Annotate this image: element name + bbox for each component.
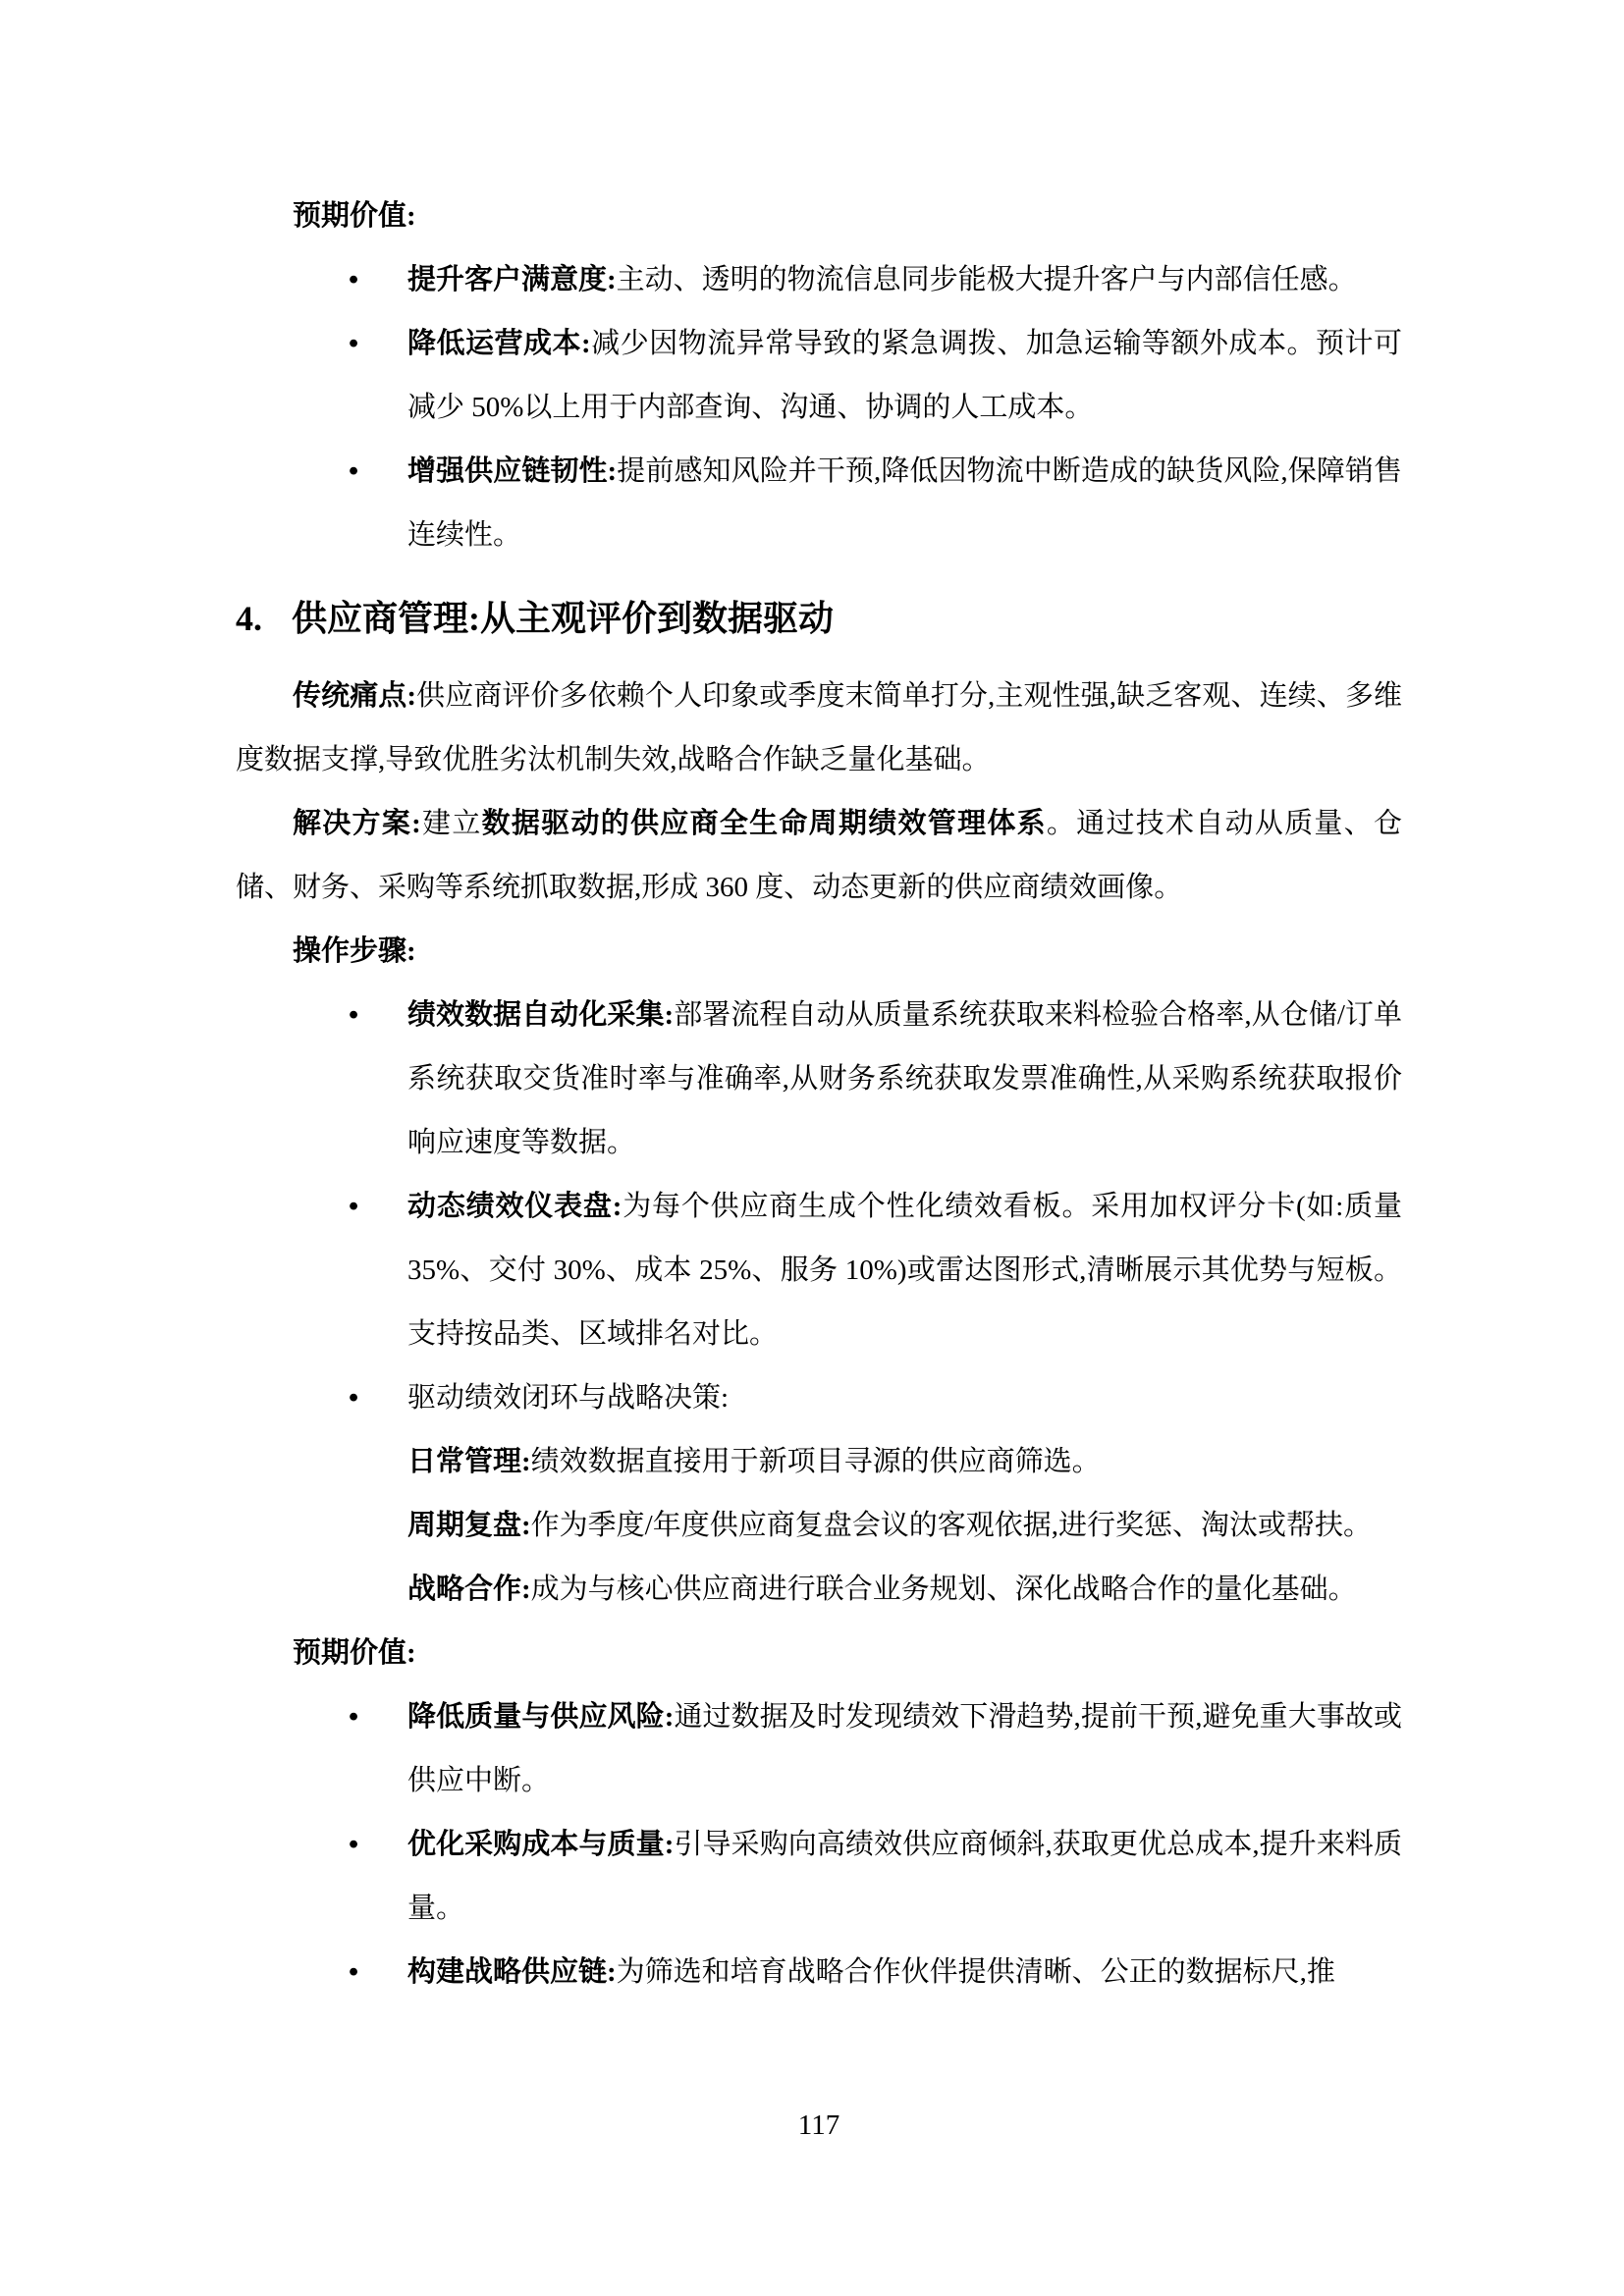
bullet-term: 构建战略供应链: xyxy=(407,1956,617,1988)
list-item-optimize-procurement: • 优化采购成本与质量:引导采购向高绩效供应商倾斜,获取更优总成本,提升来料质量… xyxy=(236,1813,1402,1941)
sub-item-text: 绩效数据直接用于新项目寻源的供应商筛选。 xyxy=(531,1446,1101,1477)
list-item-strategic-supply-chain: • 构建战略供应链:为筛选和培育战略合作伙伴提供清晰、公正的数据标尺,推 xyxy=(236,1941,1402,2004)
solution-lead: 建立 xyxy=(421,808,482,839)
sub-item-term: 日常管理: xyxy=(407,1446,531,1477)
steps-label: 操作步骤: xyxy=(236,920,1402,984)
page-content: 预期价值: • 提升客户满意度:主动、透明的物流信息同步能极大提升客户与内部信任… xyxy=(236,185,1402,2004)
bullet-text: 主动、透明的物流信息同步能极大提升客户与内部信任感。 xyxy=(617,264,1357,295)
list-item-reduce-quality-risk: • 降低质量与供应风险:通过数据及时发现绩效下滑趋势,提前干预,避免重大事故或供… xyxy=(236,1685,1402,1813)
bullet-term: 增强供应链韧性: xyxy=(407,455,617,487)
bullet-term: 动态绩效仪表盘: xyxy=(407,1191,622,1222)
list-item-supply-chain-resilience: • 增强供应链韧性:提前感知风险并干预,降低因物流中断造成的缺货风险,保障销售连… xyxy=(236,440,1402,567)
bullet-icon: • xyxy=(349,248,358,312)
bullet-term: 优化采购成本与质量: xyxy=(407,1829,674,1860)
bullet-icon: • xyxy=(349,984,358,1047)
bullet-term: 降低质量与供应风险: xyxy=(407,1701,674,1733)
bullet-text: 驱动绩效闭环与战略决策: xyxy=(407,1382,729,1414)
document-page: 预期价值: • 提升客户满意度:主动、透明的物流信息同步能极大提升客户与内部信任… xyxy=(0,0,1624,2296)
sub-item-strategic-cooperation: 战略合作:成为与核心供应商进行联合业务规划、深化战略合作的量化基础。 xyxy=(236,1558,1402,1622)
bullet-icon: • xyxy=(349,1685,358,1749)
bullet-icon: • xyxy=(349,440,358,504)
bullet-term: 绩效数据自动化采集: xyxy=(407,999,674,1031)
list-item-dynamic-dashboard: • 动态绩效仪表盘:为每个供应商生成个性化绩效看板。采用加权评分卡(如:质量 3… xyxy=(236,1175,1402,1366)
list-item-performance-loop: • 驱动绩效闭环与战略决策: xyxy=(236,1366,1402,1430)
list-item-auto-data-collection: • 绩效数据自动化采集:部署流程自动从质量系统获取来料检验合格率,从仓储/订单系… xyxy=(236,984,1402,1175)
solution-paragraph: 解决方案:建立数据驱动的供应商全生命周期绩效管理体系。通过技术自动从质量、仓储、… xyxy=(236,792,1402,920)
page-number: 117 xyxy=(236,2109,1402,2142)
sub-item-term: 周期复盘: xyxy=(407,1510,531,1541)
sub-item-term: 战略合作: xyxy=(407,1574,531,1605)
bullet-text: 为筛选和培育战略合作伙伴提供清晰、公正的数据标尺,推 xyxy=(617,1956,1335,1988)
bullet-icon: • xyxy=(349,312,358,376)
bullet-icon: • xyxy=(349,1366,358,1430)
bullet-icon: • xyxy=(349,1813,358,1877)
bullet-icon: • xyxy=(349,1941,358,2004)
section-title: 供应商管理:从主观评价到数据驱动 xyxy=(292,599,834,638)
sub-item-daily-management: 日常管理:绩效数据直接用于新项目寻源的供应商筛选。 xyxy=(236,1430,1402,1494)
bullet-icon: • xyxy=(349,1175,358,1239)
list-item-customer-satisfaction: • 提升客户满意度:主动、透明的物流信息同步能极大提升客户与内部信任感。 xyxy=(236,248,1402,312)
pain-point-paragraph: 传统痛点:供应商评价多依赖个人印象或季度末简单打分,主观性强,缺乏客观、连续、多… xyxy=(236,665,1402,792)
list-item-lower-operating-cost: • 降低运营成本:减少因物流异常导致的紧急调拨、加急运输等额外成本。预计可减少 … xyxy=(236,312,1402,440)
section-heading: 4.供应商管理:从主观评价到数据驱动 xyxy=(236,587,1402,651)
pain-point-term: 传统痛点: xyxy=(293,680,416,712)
bullet-term: 降低运营成本: xyxy=(407,328,591,359)
expected-value-label-2: 预期价值: xyxy=(236,1622,1402,1685)
sub-item-periodic-review: 周期复盘:作为季度/年度供应商复盘会议的客观依据,进行奖惩、淘汰或帮扶。 xyxy=(236,1494,1402,1558)
expected-value-label-1: 预期价值: xyxy=(236,185,1402,248)
bullet-term: 提升客户满意度: xyxy=(407,264,617,295)
sub-item-text: 成为与核心供应商进行联合业务规划、深化战略合作的量化基础。 xyxy=(531,1574,1357,1605)
solution-bold-phrase: 数据驱动的供应商全生命周期绩效管理体系 xyxy=(482,808,1047,839)
sub-item-text: 作为季度/年度供应商复盘会议的客观依据,进行奖惩、淘汰或帮扶。 xyxy=(531,1510,1372,1541)
solution-term: 解决方案: xyxy=(293,808,421,839)
section-number: 4. xyxy=(236,587,292,651)
